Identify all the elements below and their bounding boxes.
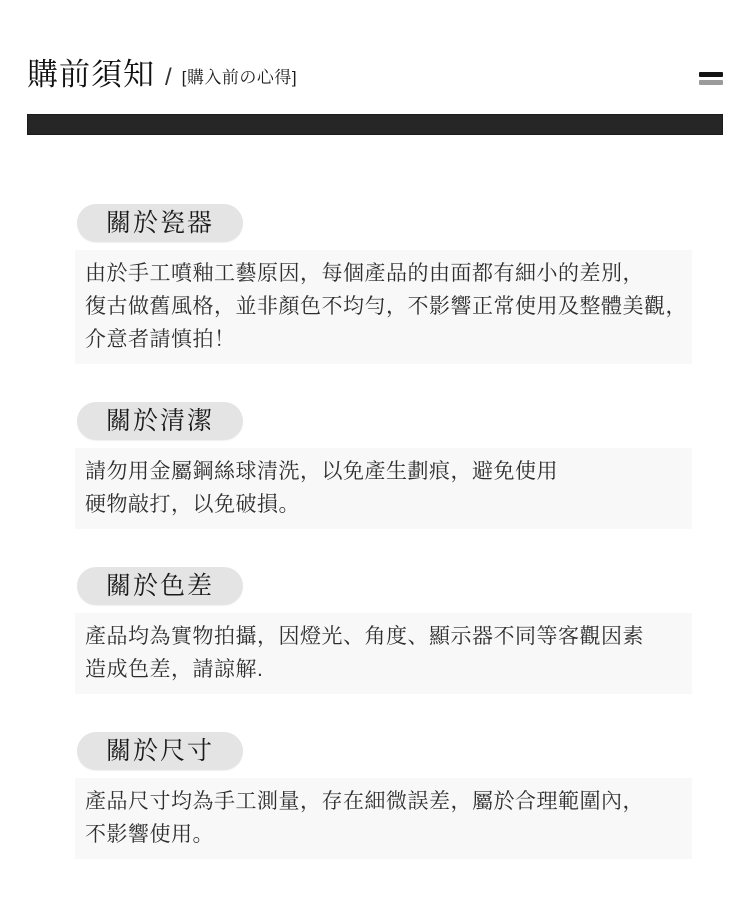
page-title: 購前須知 (27, 56, 155, 94)
section-porcelain-line: 介意者請慎拍！ (85, 323, 682, 356)
section-porcelain: 關於瓷器 由於手工噴釉工藝原因，每個產品的由面都有細小的差別， 復古做舊風格，並… (75, 204, 692, 364)
section-porcelain-label: 關於瓷器 (77, 204, 243, 242)
section-cleaning-body: 請勿用金屬鋼絲球清洗，以免產生劃痕，避免使用 硬物敲打，以免破損。 (75, 448, 692, 529)
section-porcelain-line: 復古做舊風格，並非顏色不均勻，不影響正常使用及整體美觀， (85, 290, 682, 323)
page-header: 購前須知 / [購入前の心得] (27, 56, 723, 96)
section-size-line: 不影響使用。 (85, 818, 682, 851)
section-porcelain-line: 由於手工噴釉工藝原因，每個產品的由面都有細小的差別， (85, 257, 682, 290)
section-color-difference: 關於色差 產品均為實物拍攝，因燈光、角度、顯示器不同等客觀因素 造成色差，請諒解… (75, 567, 692, 694)
divider-bar (27, 114, 723, 135)
menu-icon[interactable] (699, 72, 723, 85)
section-cleaning-label: 關於清潔 (77, 402, 243, 440)
purchase-notice-page: 購前須知 / [購入前の心得] 關於瓷器 由於手工噴釉工藝原因，每個產品的由面都… (0, 0, 750, 900)
section-cleaning-line: 請勿用金屬鋼絲球清洗，以免產生劃痕，避免使用 (85, 455, 682, 488)
menu-icon-bar-bottom (699, 80, 723, 85)
title-row: 購前須知 / [購入前の心得] (27, 56, 723, 94)
section-cleaning: 關於清潔 請勿用金屬鋼絲球清洗，以免產生劃痕，避免使用 硬物敲打，以免破損。 (75, 402, 692, 529)
section-size: 關於尺寸 產品尺寸均為手工測量，存在細微誤差，屬於合理範圍內， 不影響使用。 (75, 732, 692, 859)
menu-icon-bar-top (699, 72, 723, 77)
section-cleaning-line: 硬物敲打，以免破損。 (85, 488, 682, 521)
section-size-body: 產品尺寸均為手工測量，存在細微誤差，屬於合理範圍內， 不影響使用。 (75, 778, 692, 859)
section-size-line: 產品尺寸均為手工測量，存在細微誤差，屬於合理範圍內， (85, 785, 682, 818)
section-color-difference-label: 關於色差 (77, 567, 243, 605)
notice-sections: 關於瓷器 由於手工噴釉工藝原因，每個產品的由面都有細小的差別， 復古做舊風格，並… (0, 204, 750, 859)
section-color-difference-line: 產品均為實物拍攝，因燈光、角度、顯示器不同等客觀因素 (85, 620, 682, 653)
title-separator: / (165, 64, 172, 92)
section-size-label: 關於尺寸 (77, 732, 243, 770)
section-color-difference-body: 產品均為實物拍攝，因燈光、角度、顯示器不同等客觀因素 造成色差，請諒解. (75, 613, 692, 694)
section-color-difference-line: 造成色差，請諒解. (85, 653, 682, 686)
page-subtitle: [購入前の心得] (182, 63, 297, 88)
section-porcelain-body: 由於手工噴釉工藝原因，每個產品的由面都有細小的差別， 復古做舊風格，並非顏色不均… (75, 250, 692, 364)
